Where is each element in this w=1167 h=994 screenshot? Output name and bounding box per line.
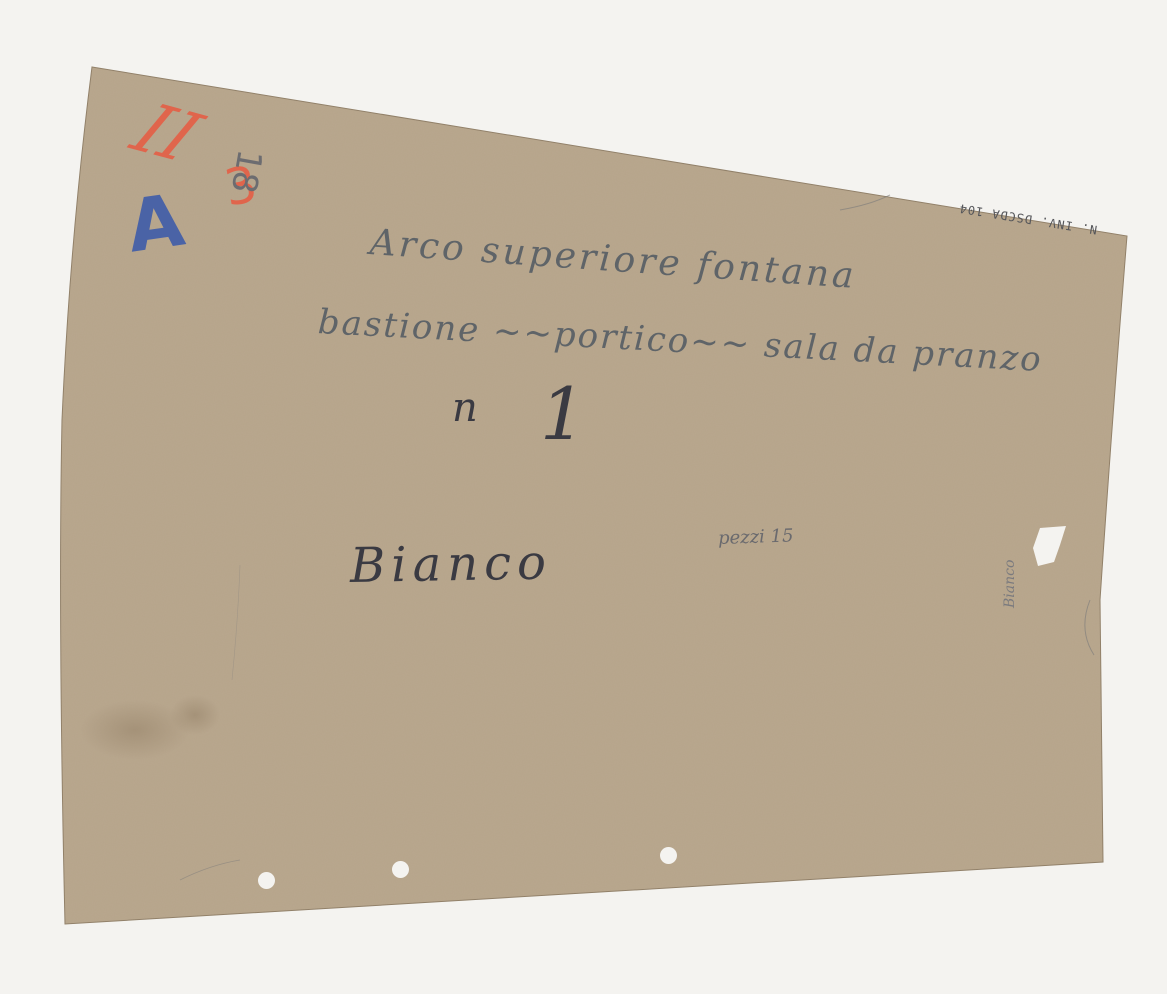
punch-hole: [660, 847, 677, 864]
punch-hole: [392, 861, 409, 878]
punch-hole: [258, 872, 275, 889]
number-value: 1: [540, 372, 586, 456]
blue-letter-mark: A: [122, 178, 189, 269]
number-prefix: n: [452, 385, 478, 431]
pencil-number-mark: 18: [223, 147, 270, 197]
margin-note: Bianco: [1002, 560, 1018, 608]
pieces-count-note: pezzi 15: [718, 525, 794, 549]
color-label: Bianco: [350, 534, 553, 594]
